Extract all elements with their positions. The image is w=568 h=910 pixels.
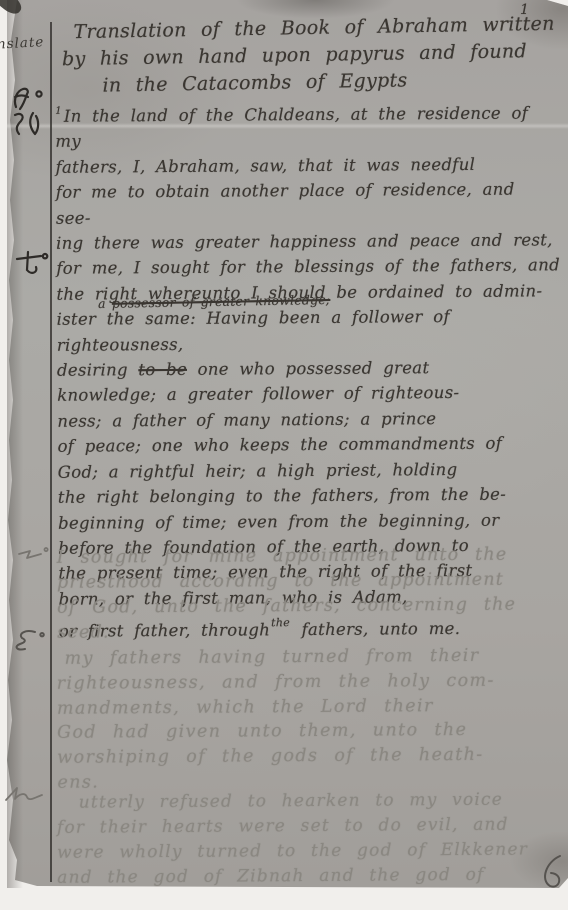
manuscript-line: mandments, which the Lord their [57,693,561,721]
manuscript-line: beginning of time; even from the beginni… [58,507,562,536]
manuscript-line: God had given unto them, unto the [57,718,561,746]
hieratic-character-4-icon [14,540,54,562]
manuscript-line: desiring to be one who possessed great [57,354,561,383]
manuscript-line: priesthood according to the appointment [57,567,561,596]
manuscript-line: for their hearts were set to do evil, an… [57,812,561,841]
manuscript-line: for me to obtain another place of reside… [56,176,560,230]
manuscript-line: for me, I sought for the blessings of th… [56,253,560,282]
manuscript-line: and the god of Zibnah and the god of [57,862,561,891]
manuscript-line: of peace; one who keeps the commandments… [57,431,561,460]
hieratic-character-3-icon [8,248,54,278]
manuscript-line: of God, unto the fathers, concerning the [57,592,561,621]
manuscript-line: 1In the land of the Chaldeans, at the re… [55,95,559,154]
manuscript-line: ing there was greater happiness and peac… [56,227,560,256]
line-text: one who possessed great [197,358,429,379]
hieratic-character-6-icon [2,780,50,806]
manuscript-line: my fathers having turned from their [56,643,560,671]
line-text: a [98,296,106,311]
line-text: In the land of the Chaldeans, at the res… [55,103,528,151]
manuscript-line: utterly refused to hearken to my voice [57,787,561,816]
hieratic-character-5-icon [6,626,50,652]
struck-text: to be [138,360,187,379]
manuscript-line: knowledge; a greater follower of righteo… [57,380,561,409]
margin-rule-line [50,22,52,882]
line-text: desiring [57,360,128,379]
scanned-manuscript-page: 1 translate Translation of the Bo [0,0,568,910]
manuscript-line: ister the same: Having been a follower o… [57,303,561,357]
manuscript-line: righteousness, and from the holy com- [57,668,561,696]
manuscript-line: seed. [57,617,561,646]
manuscript-line: I sought for mine appointment unto the [57,542,561,571]
paragraph-3: my fathers having turned from their righ… [56,643,561,795]
paragraph-2: I sought for mine appointment unto the p… [57,542,562,646]
hieratic-character-1-icon [8,86,52,112]
manuscript-line: worshiping of the gods of the heath- [57,742,561,770]
manuscript-line: fathers, I, Abraham, saw, that it was ne… [55,151,559,180]
manuscript-line: the right belonging to the fathers, from… [58,481,562,510]
manuscript-line: God; a rightful heir; a high priest, hol… [58,456,562,485]
verse-number: 1 [55,106,62,117]
manuscript-title: Translation of the Book of Abraham writt… [57,11,558,101]
ink-flourish-icon [538,852,566,892]
hieratic-character-2-icon [6,110,52,138]
paragraph-4: utterly refused to hearken to my voice f… [57,787,562,891]
manuscript-line: were wholly turned to the god of Elkkene… [57,837,561,866]
manuscript-line: ness; a father of many nations; a prince [57,405,561,434]
